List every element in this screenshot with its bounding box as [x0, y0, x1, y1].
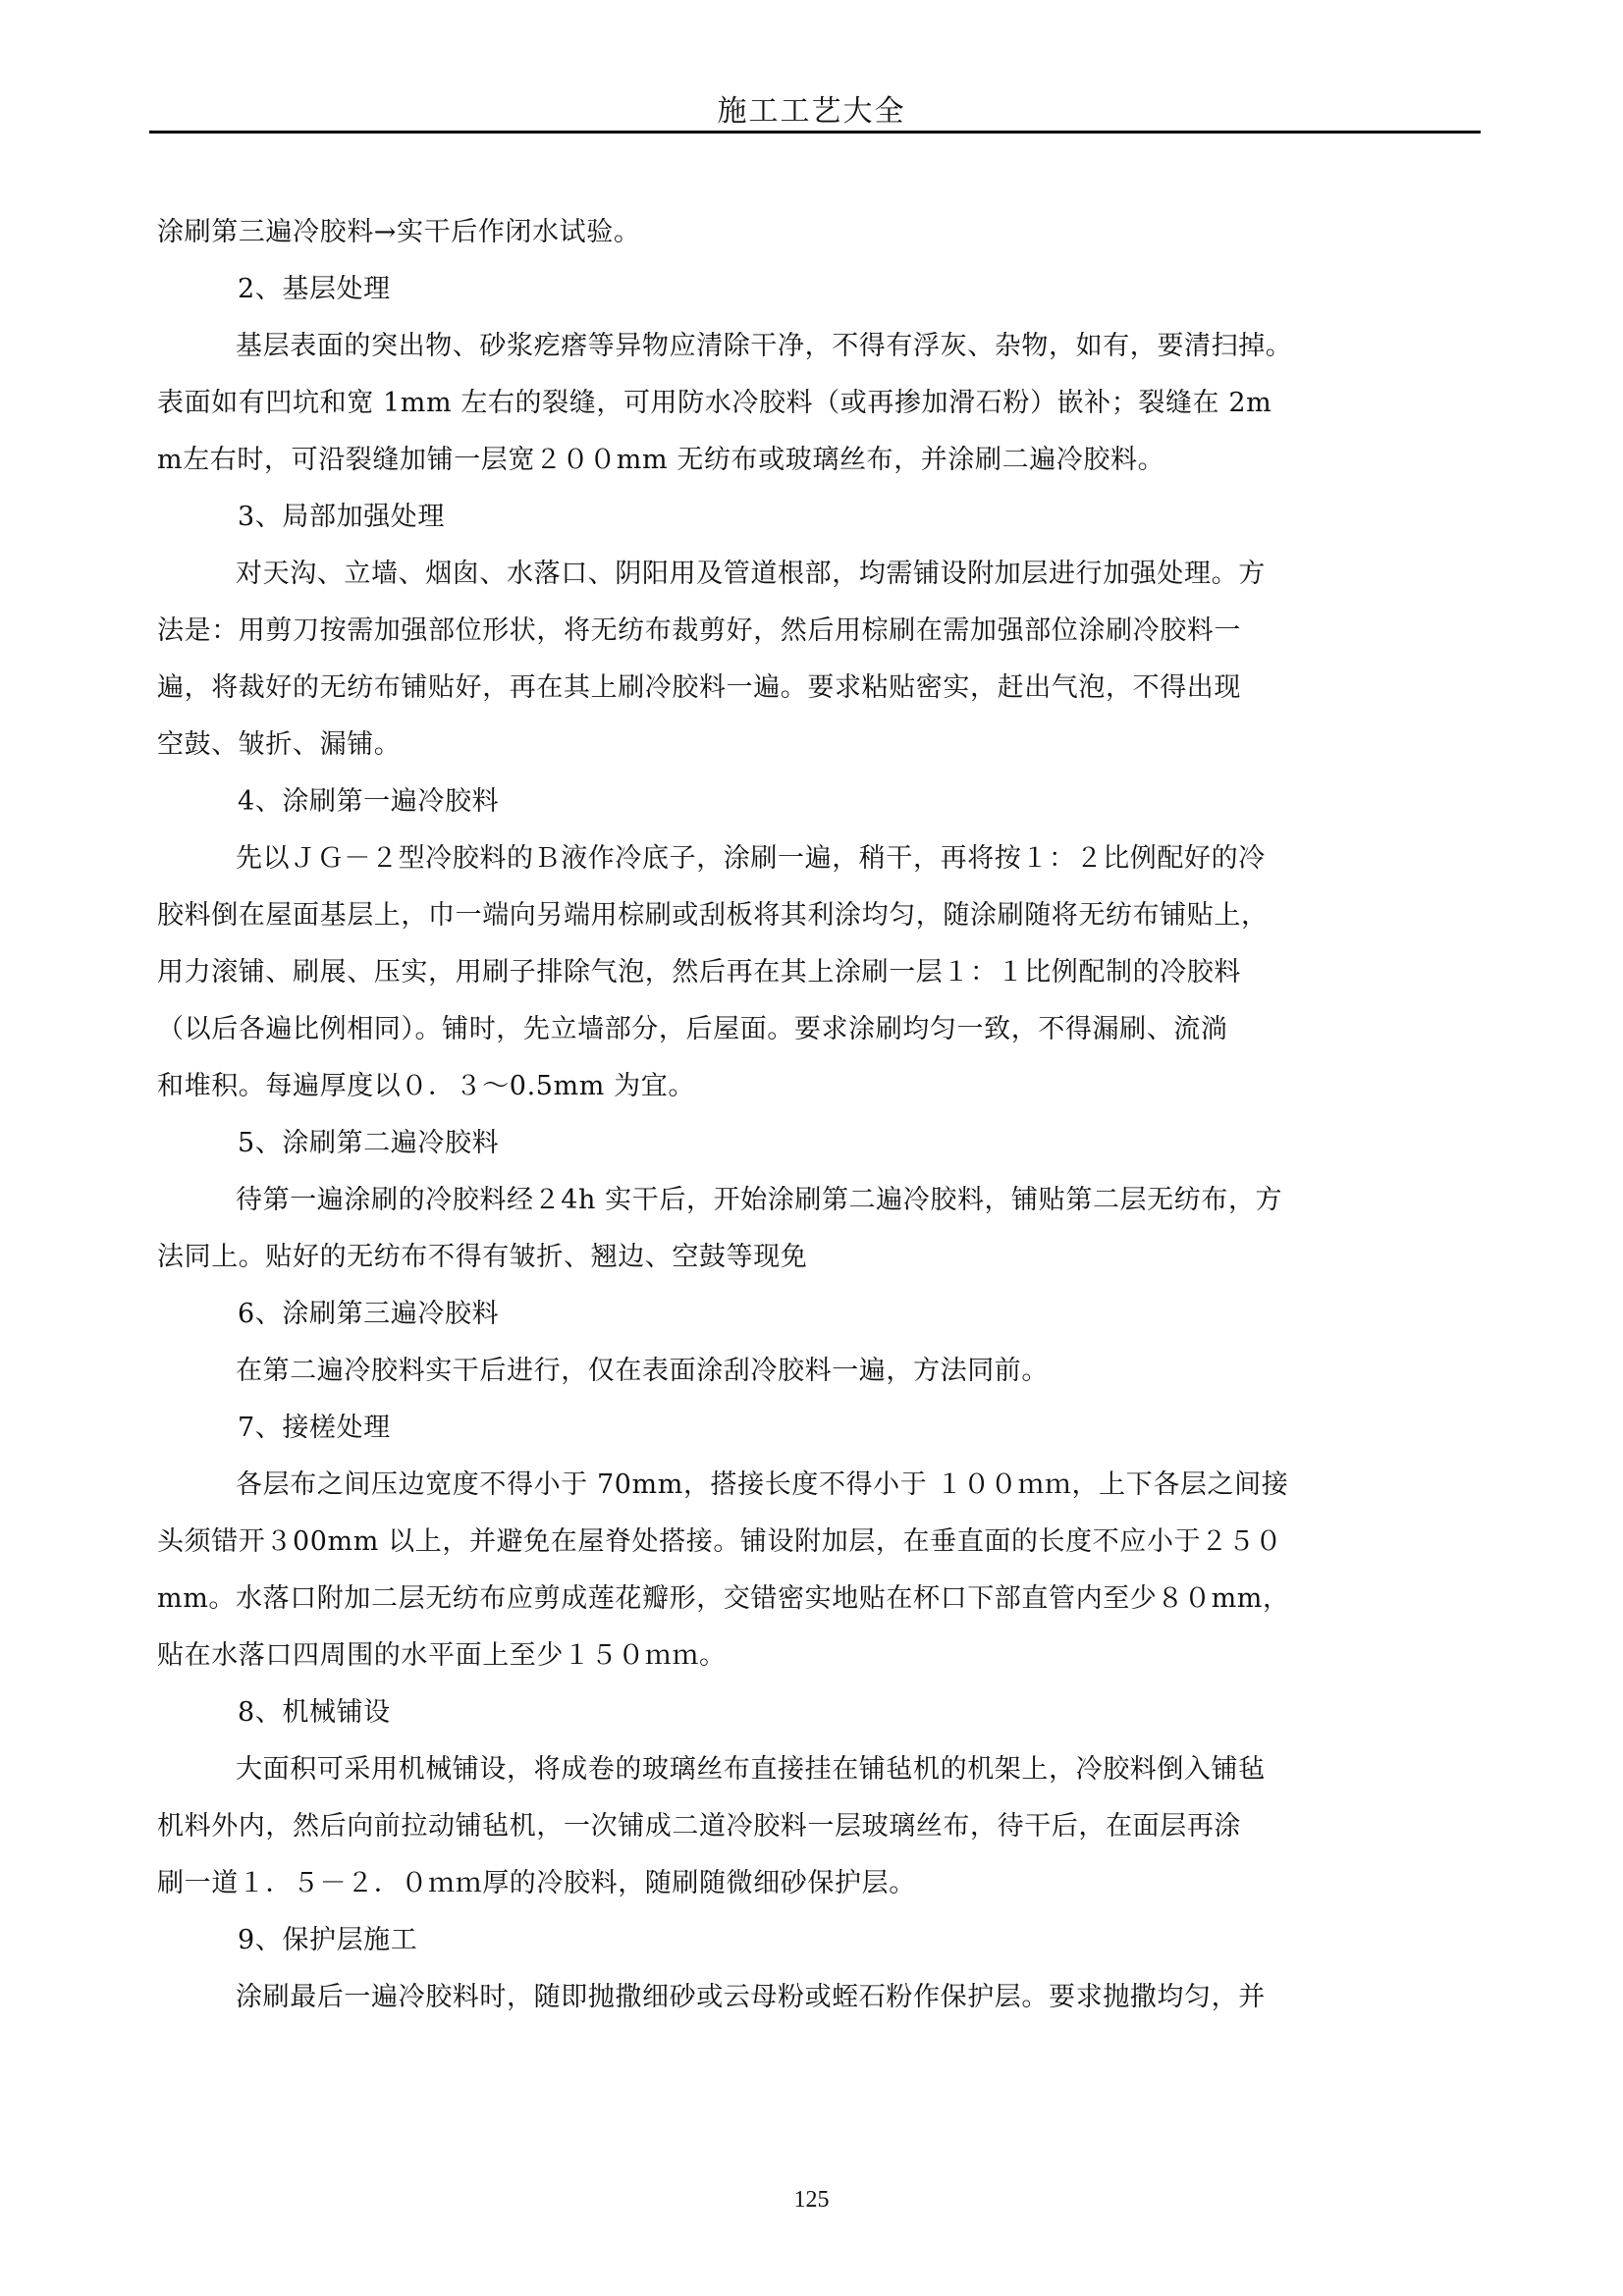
body-line: 胶料倒在屋面基层上，巾一端向另端用棕刷或刮板将其利涂均匀，随涂刷随将无纺布铺贴上…	[157, 887, 1483, 944]
document-body: 涂刷第三遍冷胶料→实干后作闭水试验。 2、基层处理 基层表面的突出物、砂浆疙瘩等…	[157, 204, 1483, 2026]
section-heading: 5、涂刷第二遍冷胶料	[157, 1115, 1483, 1172]
body-line: 头须错开３00mm 以上，并避免在屋脊处搭接。铺设附加层，在垂直面的长度不应小于…	[157, 1514, 1483, 1571]
body-line: 遍，将裁好的无纺布铺贴好，再在其上刷冷胶料一遍。要求粘贴密实，赶出气泡，不得出现	[157, 660, 1483, 717]
paragraph-first-line: 对天沟、立墙、烟囱、水落口、阴阳用及管道根部，均需铺设附加层进行加强处理。方	[157, 546, 1483, 603]
body-line: mm。水落口附加二层无纺布应剪成莲花瓣形，交错密实地贴在杯口下部直管内至少８０m…	[157, 1571, 1483, 1628]
paragraph-first-line: 涂刷最后一遍冷胶料时，随即抛撒细砂或云母粉或蛭石粉作保护层。要求抛撒均匀，并	[157, 1969, 1483, 2026]
section-heading: 2、基层处理	[157, 261, 1483, 318]
paragraph-first-line: 先以ＪＧ－２型冷胶料的Ｂ液作冷底子，涂刷一遍，稍干，再将按１：２比例配好的冷	[157, 830, 1483, 887]
body-line: 涂刷第三遍冷胶料→实干后作闭水试验。	[157, 204, 1483, 261]
body-line: 空鼓、皱折、漏铺。	[157, 717, 1483, 774]
section-heading: 4、涂刷第一遍冷胶料	[157, 774, 1483, 830]
body-line: 法同上。贴好的无纺布不得有皱折、翘边、空鼓等现免	[157, 1229, 1483, 1286]
page-number: 125	[0, 2187, 1623, 2214]
section-heading: 3、局部加强处理	[157, 489, 1483, 546]
body-line: 和堆积。每遍厚度以０．３～0.5mm 为宜。	[157, 1058, 1483, 1115]
section-heading: 7、接槎处理	[157, 1400, 1483, 1457]
paragraph-first-line: 在第二遍冷胶料实干后进行，仅在表面涂刮冷胶料一遍，方法同前。	[157, 1343, 1483, 1400]
body-line: （以后各遍比例相同）。铺时，先立墙部分，后屋面。要求涂刷均匀一致，不得漏刷、流淌	[157, 1001, 1483, 1058]
section-heading: 8、机械铺设	[157, 1684, 1483, 1741]
body-line: 法是：用剪刀按需加强部位形状，将无纺布裁剪好，然后用棕刷在需加强部位涂刷冷胶料一	[157, 603, 1483, 660]
section-heading: 6、涂刷第三遍冷胶料	[157, 1286, 1483, 1343]
body-line: 用力滚铺、刷展、压实，用刷子排除气泡，然后再在其上涂刷一层１：１比例配制的冷胶料	[157, 944, 1483, 1001]
header-divider	[149, 131, 1481, 133]
paragraph-first-line: 大面积可采用机械铺设，将成卷的玻璃丝布直接挂在铺毡机的机架上，冷胶料倒入铺毡	[157, 1741, 1483, 1798]
section-heading: 9、保护层施工	[157, 1912, 1483, 1969]
body-line: m左右时，可沿裂缝加铺一层宽２００mm 无纺布或玻璃丝布，并涂刷二遍冷胶料。	[157, 432, 1483, 489]
paragraph-first-line: 各层布之间压边宽度不得小于 70mm，搭接长度不得小于 １００ｍｍ，上下各层之间…	[157, 1457, 1483, 1514]
paragraph-first-line: 待第一遍涂刷的冷胶料经２4h 实干后，开始涂刷第二遍冷胶料，铺贴第二层无纺布，方	[157, 1172, 1483, 1229]
body-line: 表面如有凹坑和宽 1mm 左右的裂缝，可用防水冷胶料（或再掺加滑石粉）嵌补；裂缝…	[157, 375, 1483, 432]
body-line: 机料外内，然后向前拉动铺毡机，一次铺成二道冷胶料一层玻璃丝布，待干后，在面层再涂	[157, 1798, 1483, 1855]
running-header-title: 施工工艺大全	[0, 86, 1623, 130]
body-line: 贴在水落口四周围的水平面上至少１５０ｍｍ。	[157, 1628, 1483, 1684]
paragraph-first-line: 基层表面的突出物、砂浆疙瘩等异物应清除干净，不得有浮灰、杂物，如有，要清扫掉。	[157, 318, 1483, 375]
body-line: 刷一道１．５－２．０ｍｍ厚的冷胶料，随刷随微细砂保护层。	[157, 1855, 1483, 1912]
